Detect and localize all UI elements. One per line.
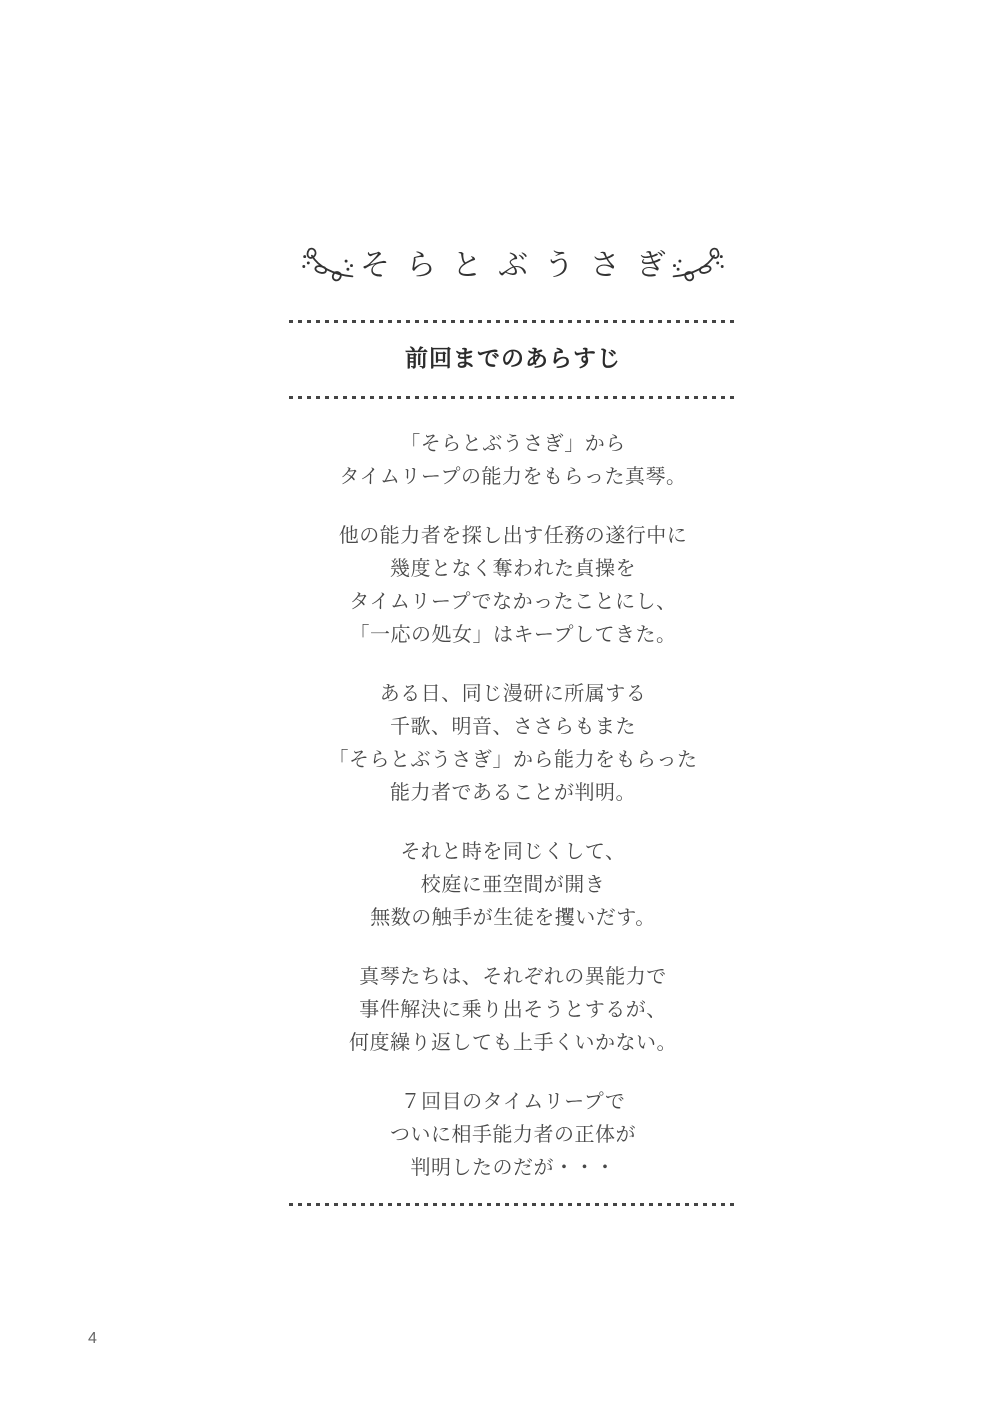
text-line: それと時を同じくして、 (262, 836, 764, 869)
dotted-divider-top (289, 320, 737, 323)
text-line: 真琴たちは、それぞれの異能力で (262, 961, 764, 994)
synopsis-heading: 前回までのあらすじ (288, 338, 738, 378)
text-line: ついに相手能力者の正体が (262, 1119, 764, 1152)
text-line: ７回目のタイムリープで (262, 1086, 764, 1119)
dotted-divider-bottom (289, 1203, 737, 1206)
synopsis-paragraph: 他の能力者を探し出す任務の遂行中に幾度となく奪われた貞操をタイムリープでなかった… (262, 520, 764, 652)
page-number: 4 (88, 1330, 97, 1348)
synopsis-paragraph: それと時を同じくして、校庭に亜空間が開き無数の触手が生徒を攫いだす。 (262, 836, 764, 935)
text-line: 能力者であることが判明。 (262, 777, 764, 810)
synopsis: 「そらとぶうさぎ」からタイムリープの能力をもらった真琴。他の能力者を探し出す任務… (262, 428, 764, 1211)
text-line: タイムリープでなかったことにし、 (262, 586, 764, 619)
leaf-sprig-left-icon (302, 241, 356, 283)
text-line: 他の能力者を探し出す任務の遂行中に (262, 520, 764, 553)
synopsis-paragraph: ある日、同じ漫研に所属する千歌、明音、ささらもまた「そらとぶうさぎ」から能力をも… (262, 678, 764, 810)
dotted-divider-middle (289, 396, 737, 399)
text-line: 無数の触手が生徒を攫いだす。 (262, 902, 764, 935)
text-line: 校庭に亜空間が開き (262, 869, 764, 902)
synopsis-paragraph: 真琴たちは、それぞれの異能力で事件解決に乗り出そうとするが、何度繰り返しても上手… (262, 961, 764, 1060)
synopsis-paragraph: 「そらとぶうさぎ」からタイムリープの能力をもらった真琴。 (262, 428, 764, 494)
text-line: 事件解決に乗り出そうとするが、 (262, 994, 764, 1027)
title-row: そらとぶうさぎ (288, 232, 738, 292)
text-line: 「一応の処女」はキープしてきた。 (262, 619, 764, 652)
text-line: 幾度となく奪われた貞操を (262, 553, 764, 586)
text-line: 何度繰り返しても上手くいかない。 (262, 1027, 764, 1060)
text-line: ある日、同じ漫研に所属する (262, 678, 764, 711)
book-page: そらとぶうさぎ 前回までのあらすじ 「そらとぶうさぎ」からタイムリープの能力を (0, 0, 1000, 1412)
text-line: 千歌、明音、ささらもまた (262, 711, 764, 744)
text-line: 「そらとぶうさぎ」から能力をもらった (262, 744, 764, 777)
page-title: そらとぶうさぎ (360, 240, 682, 284)
synopsis-paragraph: ７回目のタイムリープでついに相手能力者の正体が判明したのだが・・・ (262, 1086, 764, 1185)
text-line: タイムリープの能力をもらった真琴。 (262, 461, 764, 494)
leaf-sprig-right-icon (670, 241, 724, 283)
text-line: 判明したのだが・・・ (262, 1152, 764, 1185)
text-line: 「そらとぶうさぎ」から (262, 428, 764, 461)
